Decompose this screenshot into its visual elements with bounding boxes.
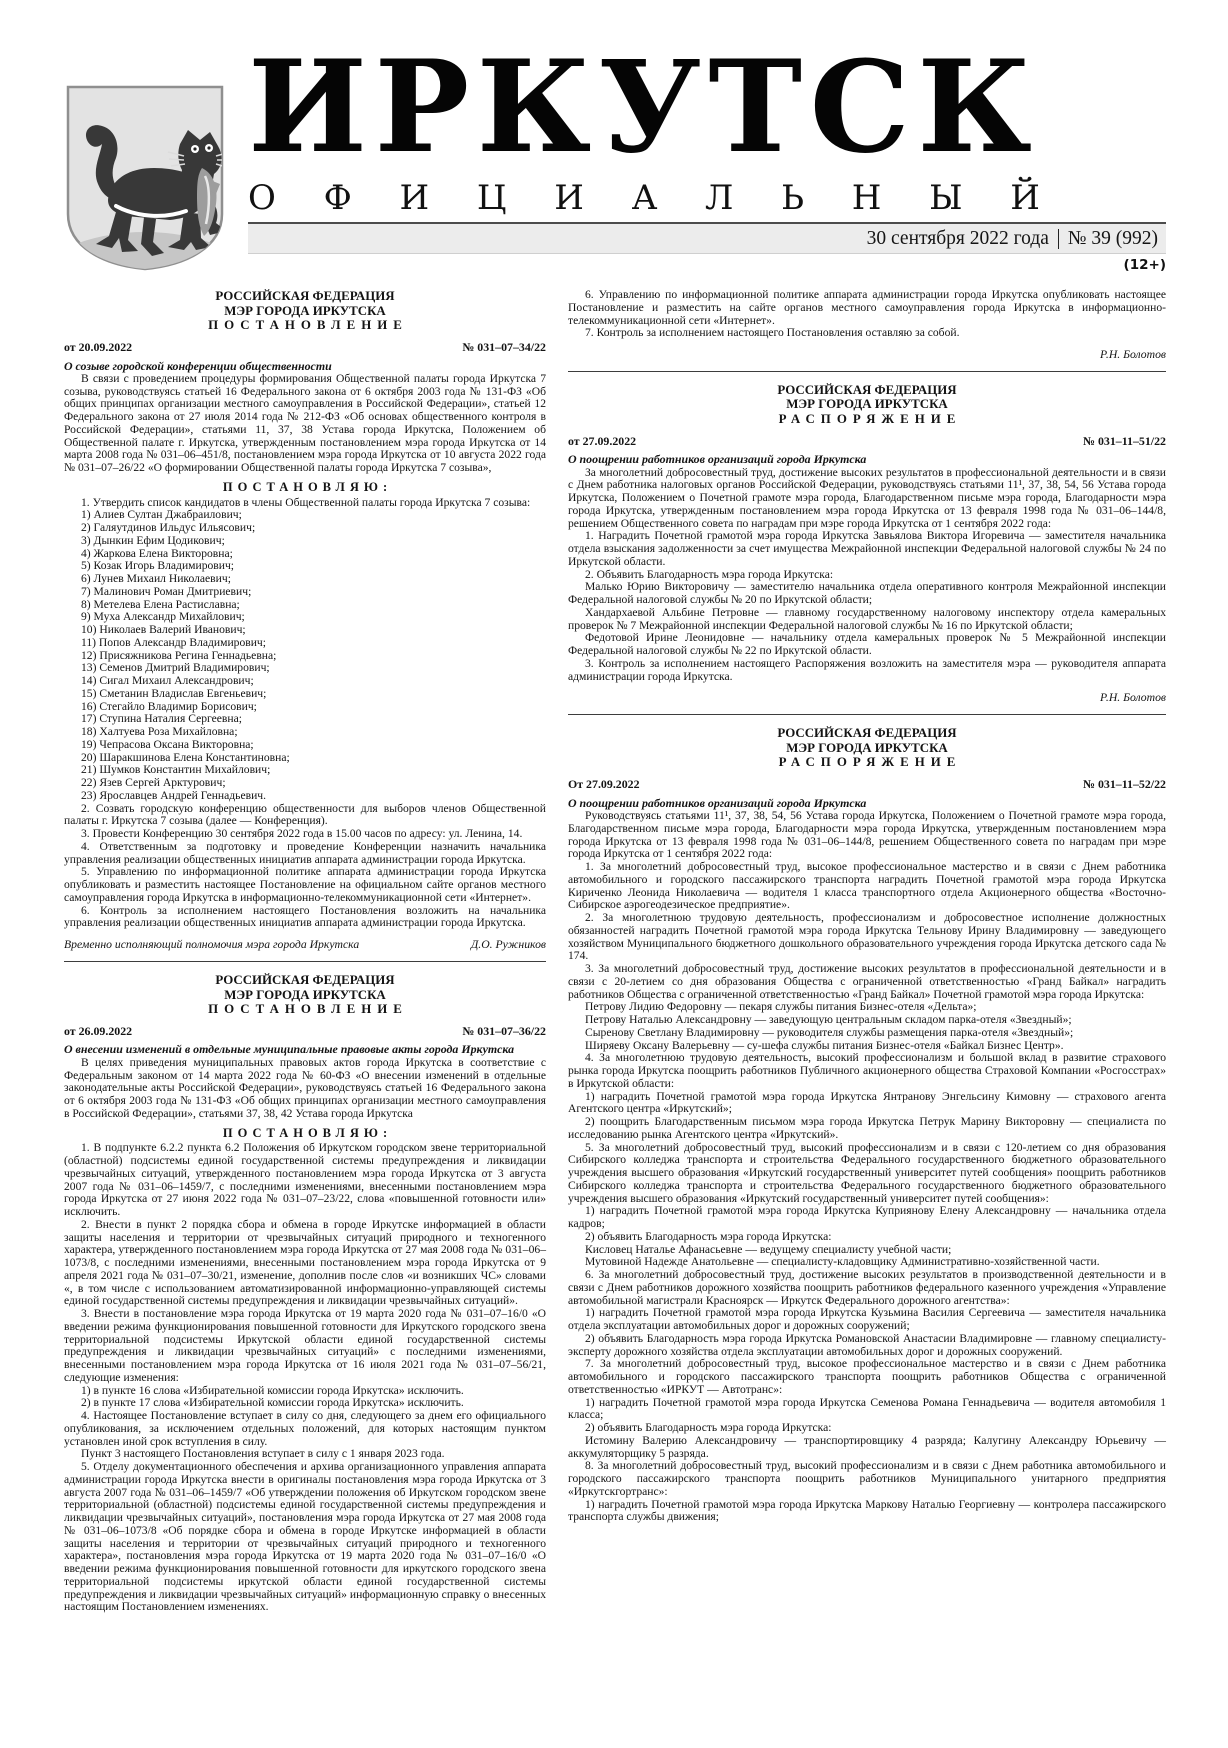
date-issue-divider <box>1058 229 1059 249</box>
signature-name: Р.Н. Болотов <box>568 349 1166 362</box>
issuing-authority-line: РОССИЙСКАЯ ФЕДЕРАЦИЯ <box>568 383 1166 398</box>
paragraph: 2) объявить Благодарность мэра города Ир… <box>568 1422 1166 1435</box>
paragraph: Федотовой Ирине Леонидовне — начальнику … <box>568 632 1166 658</box>
issuing-authority-line: РОССИЙСКАЯ ФЕДЕРАЦИЯ <box>64 973 546 988</box>
issue-date: 30 сентября 2022 года <box>867 228 1049 250</box>
paragraph: 2) объявить Благодарность мэра города Ир… <box>568 1333 1166 1359</box>
document-meta-row: от 20.09.2022№ 031–07–34/22 <box>64 341 546 354</box>
age-rating-badge: (12+) <box>964 257 1166 273</box>
masthead-letter: С <box>810 46 910 168</box>
newspaper-subtitle: ОФИЦИАЛЬНЫЙ <box>248 180 1040 216</box>
paragraph: 4. За многолетнюю трудовую деятельность,… <box>568 1052 1166 1090</box>
paragraph: 4. Настоящее Постановление вступает в си… <box>64 1410 546 1448</box>
document-number: № 031–11–51/22 <box>1083 435 1166 448</box>
masthead-letter: А <box>632 180 658 216</box>
issuing-authority-line: МЭР ГОРОДА ИРКУТСКА <box>64 988 546 1003</box>
masthead-letter: Ф <box>324 180 352 216</box>
paragraph: 23) Ярославцев Андрей Геннадьевич. <box>64 790 546 803</box>
paragraph: 19) Чепрасова Оксана Викторовна; <box>64 739 546 752</box>
issuing-authority-line: РОССИЙСКАЯ ФЕДЕРАЦИЯ <box>64 289 546 304</box>
decree-continuation: 6. Управлению по информационной политике… <box>568 289 1166 362</box>
paragraph: 3) Дынкин Ефим Цодикович; <box>64 535 546 548</box>
issuing-authority-line: МЭР ГОРОДА ИРКУТСКА <box>568 397 1166 412</box>
masthead-letter: Й <box>1010 180 1040 216</box>
decree-municipal-acts-amendments: РОССИЙСКАЯ ФЕДЕРАЦИЯМЭР ГОРОДА ИРКУТСКАП… <box>64 973 546 1614</box>
document-subject: О созыве городской конференции обществен… <box>64 360 546 373</box>
paragraph: Хандархаевой Альбине Петровне — главному… <box>568 607 1166 633</box>
right-column: 6. Управлению по информационной политике… <box>568 289 1166 1524</box>
babr-with-sable-emblem <box>64 84 226 272</box>
masthead-letter: Ь <box>781 180 804 216</box>
order-organization-awards: РОССИЙСКАЯ ФЕДЕРАЦИЯМЭР ГОРОДА ИРКУТСКАР… <box>568 726 1166 1524</box>
paragraph: 2. За многолетнюю трудовую деятельность,… <box>568 912 1166 963</box>
paragraph: 7) Малинович Роман Дмитриевич; <box>64 586 546 599</box>
issue-number: № 39 (992) <box>1068 228 1158 250</box>
issue-info-band: 30 сентября 2022 года № 39 (992) <box>248 222 1166 254</box>
newspaper-page: ИРКУТСК ОФИЦИАЛЬНЫЙ 30 сентября 2022 год… <box>0 0 1228 1748</box>
signature-name: Р.Н. Болотов <box>568 692 1166 705</box>
paragraph: 5. Управлению по информационной политике… <box>64 866 546 904</box>
masthead-letter: О <box>248 180 276 216</box>
masthead-letter: Р <box>374 46 469 168</box>
paragraph: 5. Отделу документационного обеспечения … <box>64 1461 546 1614</box>
paragraph: 2) объявить Благодарность мэра города Ир… <box>568 1231 1166 1244</box>
paragraph: 11) Попов Александр Владимирович; <box>64 637 546 650</box>
newspaper-title: ИРКУТСК <box>248 46 1032 178</box>
document-type-heading: ПОСТАНОВЛЕНИЕ <box>64 1002 546 1017</box>
resolution-keyword: ПОСТАНОВЛЯЮ: <box>64 481 546 494</box>
paragraph: 15) Сметанин Владислав Евгеньевич; <box>64 688 546 701</box>
paragraph: 2. Внести в пункт 2 порядка сбора и обме… <box>64 1219 546 1308</box>
document-date: от 26.09.2022 <box>64 1025 132 1038</box>
masthead-letter: Т <box>708 46 802 168</box>
masthead-letter: Ы <box>929 180 962 216</box>
paragraph: 1) наградить Почетной грамотой мэра горо… <box>568 1397 1166 1423</box>
paragraph: 7. Контроль за исполнением настоящего По… <box>568 327 1166 340</box>
document-separator-rule <box>568 714 1166 715</box>
signature-row: Р.Н. Болотов <box>568 349 1166 362</box>
masthead-letter: И <box>400 180 430 216</box>
document-separator-rule <box>64 961 546 962</box>
signature-row: Р.Н. Болотов <box>568 692 1166 705</box>
paragraph: Петрову Наталью Александровну — заведующ… <box>568 1014 1166 1027</box>
document-subject: О внесении изменений в отдельные муницип… <box>64 1043 546 1056</box>
issuing-authority-line: МЭР ГОРОДА ИРКУТСКА <box>568 741 1166 756</box>
paragraph: 7. За многолетний добросовестный труд, в… <box>568 1358 1166 1396</box>
paragraph: 1) наградить Почетной грамотой мэра горо… <box>568 1307 1166 1333</box>
masthead-letter: И <box>248 46 367 168</box>
paragraph: 1) наградить Почетной грамотой мэра горо… <box>568 1205 1166 1231</box>
paragraph: 2. Созвать городскую конференцию обществ… <box>64 803 546 829</box>
paragraph: В связи с проведением процедуры формиров… <box>64 373 546 475</box>
paragraph: 3. Контроль за исполнением настоящего Ра… <box>568 658 1166 684</box>
document-date: от 27.09.2022 <box>568 435 636 448</box>
paragraph: 8. За многолетний добросовестный труд, в… <box>568 1460 1166 1498</box>
order-tax-service-awards: РОССИЙСКАЯ ФЕДЕРАЦИЯМЭР ГОРОДА ИРКУТСКАР… <box>568 383 1166 705</box>
document-date: от 20.09.2022 <box>64 341 132 354</box>
paragraph: 4. Ответственным за подготовку и проведе… <box>64 841 546 867</box>
paragraph: Руководствуясь статьями 11¹, 37, 38, 54,… <box>568 810 1166 861</box>
issuing-authority-line: РОССИЙСКАЯ ФЕДЕРАЦИЯ <box>568 726 1166 741</box>
document-separator-rule <box>568 371 1166 372</box>
masthead-letter: К <box>917 46 1032 168</box>
document-type-heading: ПОСТАНОВЛЕНИЕ <box>64 318 546 333</box>
paragraph: 1) наградить Почетной грамотой мэра горо… <box>568 1091 1166 1117</box>
paragraph: 1. В подпункте 6.2.2 пункта 6.2 Положени… <box>64 1142 546 1219</box>
document-type-heading: РАСПОРЯЖЕНИЕ <box>568 755 1166 770</box>
paragraph: 6. За многолетний добросовестный труд, д… <box>568 1269 1166 1307</box>
left-column: РОССИЙСКАЯ ФЕДЕРАЦИЯМЭР ГОРОДА ИРКУТСКАП… <box>64 289 546 1614</box>
document-number: № 031–07–36/22 <box>462 1025 546 1038</box>
document-number: № 031–11–52/22 <box>1083 778 1166 791</box>
signature-name: Д.О. Ружников <box>359 939 546 952</box>
masthead-letter: К <box>477 46 592 168</box>
paragraph: 2) поощрить Благодарственным письмом мэр… <box>568 1116 1166 1142</box>
paragraph: 1) наградить Почетной грамотой мэра горо… <box>568 1499 1166 1525</box>
paragraph: 5. За многолетний добросовестный труд, в… <box>568 1142 1166 1206</box>
paragraph: 3. Внести в постановление мэра города Ир… <box>64 1308 546 1385</box>
document-date: От 27.09.2022 <box>568 778 640 791</box>
paragraph: В целях приведения муниципальных правовы… <box>64 1057 546 1121</box>
paragraph: Сыренову Светлану Владимировну — руковод… <box>568 1027 1166 1040</box>
masthead-letter: У <box>599 46 701 168</box>
masthead-letter: Л <box>705 180 733 216</box>
document-type-heading: РАСПОРЯЖЕНИЕ <box>568 412 1166 427</box>
paragraph: За многолетний добросовестный труд, дост… <box>568 467 1166 531</box>
issuing-authority-line: МЭР ГОРОДА ИРКУТСКА <box>64 304 546 319</box>
document-subject: О поощрении работников организаций город… <box>568 797 1166 810</box>
masthead-letter: Н <box>852 180 882 216</box>
paragraph: 3. За многолетний добросовестный труд, д… <box>568 963 1166 1001</box>
coat-of-arms-logo <box>64 84 226 272</box>
signature-title: Временно исполняющий полномочия мэра гор… <box>64 939 359 952</box>
paragraph: 1. За многолетний добросовестный труд, в… <box>568 861 1166 912</box>
masthead-letter: Ц <box>477 180 507 216</box>
resolution-keyword: ПОСТАНОВЛЯЮ: <box>64 1127 546 1140</box>
masthead-letter: И <box>554 180 584 216</box>
document-meta-row: От 27.09.2022№ 031–11–52/22 <box>568 778 1166 791</box>
document-number: № 031–07–34/22 <box>462 341 546 354</box>
document-subject: О поощрении работников организаций город… <box>568 453 1166 466</box>
paragraph: 1. Наградить Почетной грамотой мэра горо… <box>568 530 1166 568</box>
document-meta-row: от 26.09.2022№ 031–07–36/22 <box>64 1025 546 1038</box>
paragraph: 6. Контроль за исполнением настоящего По… <box>64 905 546 931</box>
paragraph: Истомину Валерию Александровичу — трансп… <box>568 1435 1166 1461</box>
paragraph: 6. Управлению по информационной политике… <box>568 289 1166 327</box>
document-meta-row: от 27.09.2022№ 031–11–51/22 <box>568 435 1166 448</box>
signature-row: Временно исполняющий полномочия мэра гор… <box>64 939 546 952</box>
decree-public-conference: РОССИЙСКАЯ ФЕДЕРАЦИЯМЭР ГОРОДА ИРКУТСКАП… <box>64 289 546 952</box>
paragraph: Малько Юрию Викторовичу — заместителю на… <box>568 581 1166 607</box>
